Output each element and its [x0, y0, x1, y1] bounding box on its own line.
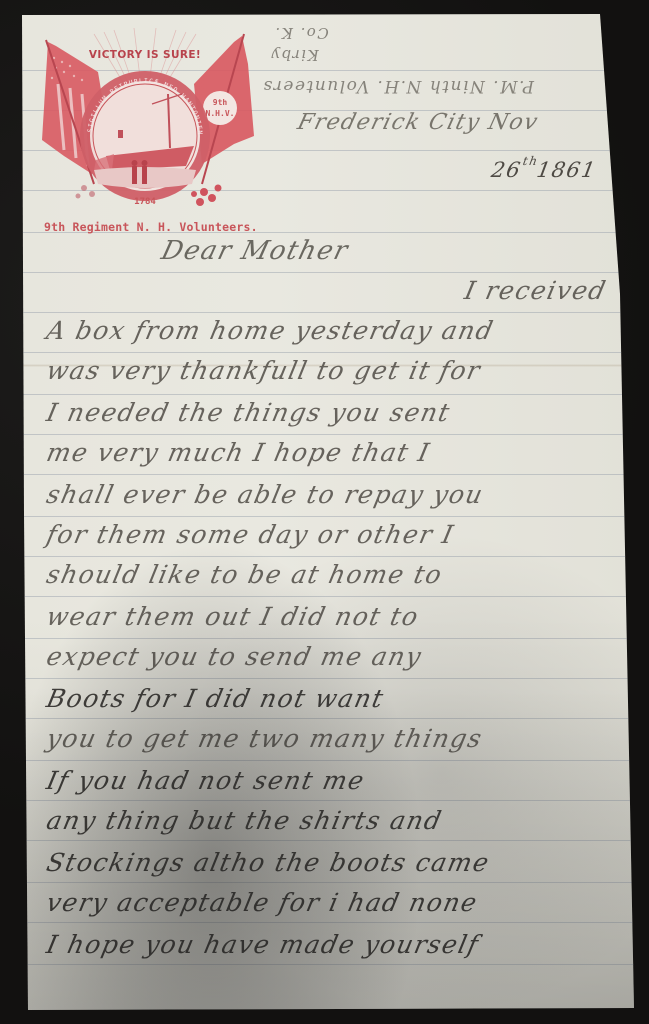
banner-text: VICTORY IS SURE! — [89, 49, 201, 61]
letter-line: should like to be at home to — [44, 560, 445, 589]
upside-down-note-line: P.M. Ninth N.H. Volunteers — [262, 76, 534, 96]
letter-line: wear them out I did not to — [44, 602, 422, 631]
letter-line: If you had not sent me — [44, 766, 368, 795]
ruled-line — [22, 678, 634, 679]
ruled-line — [22, 434, 634, 435]
patriotic-emblem-icon: 9th N.H.V. VICTORY IS SURE! SIGILLUM REI… — [34, 24, 256, 220]
letter-line: I needed the things you sent — [44, 398, 453, 427]
ruled-line — [22, 312, 634, 313]
ruled-line — [22, 922, 634, 923]
ruled-line — [22, 352, 634, 353]
flag-badge — [203, 91, 237, 125]
ruled-line — [22, 964, 634, 965]
letter-line: was very thankfull to get it for — [44, 356, 484, 385]
letter-date: 26th1861 — [490, 154, 600, 182]
letter-sheet: 9th N.H.V. VICTORY IS SURE! SIGILLUM REI… — [22, 14, 634, 1010]
letter-line: shall ever be able to repay you — [44, 480, 486, 509]
letterhead: 9th N.H.V. VICTORY IS SURE! SIGILLUM REI… — [34, 24, 256, 224]
ruled-line — [22, 760, 634, 761]
ruled-line — [22, 556, 634, 557]
ruled-line — [22, 800, 634, 801]
letter-line: expect you to send me any — [44, 642, 425, 671]
svg-text:1784: 1784 — [134, 197, 156, 207]
ruled-line — [22, 882, 634, 883]
ruled-line — [22, 638, 634, 639]
ruled-line — [22, 474, 634, 475]
letter-line: I received — [462, 276, 609, 305]
svg-text:N.H.V.: N.H.V. — [206, 109, 235, 118]
letter-line: for them some day or other I — [44, 520, 457, 549]
ruled-line — [22, 516, 634, 517]
regiment-name: 9th Regiment N. H. Volunteers. — [44, 220, 258, 234]
letter-line: me very much I hope that I — [44, 438, 433, 467]
upside-down-note-line: Co. K. — [274, 24, 329, 42]
ruled-line — [22, 718, 634, 719]
letter-line: any thing but the shirts and — [44, 806, 445, 835]
ruled-line — [22, 272, 634, 273]
letter-line: I hope you have made yourself — [44, 930, 482, 959]
letter-location: Frederick City Nov — [295, 110, 541, 135]
letter-line: A box from home yesterday and — [44, 316, 497, 345]
letter-line: you to get me two many things — [44, 724, 485, 753]
ruled-line — [22, 596, 634, 597]
salutation: Dear Mother — [158, 236, 352, 266]
letter-line: very acceptable for i had none — [44, 888, 481, 917]
svg-text:9th: 9th — [213, 98, 228, 107]
letter-line: Stockings altho the boots came — [44, 848, 493, 877]
ruled-line — [22, 840, 634, 841]
upside-down-note-line: Kirby — [270, 46, 319, 64]
ruled-line — [22, 394, 634, 395]
letter-line: Boots for I did not want — [44, 684, 387, 713]
